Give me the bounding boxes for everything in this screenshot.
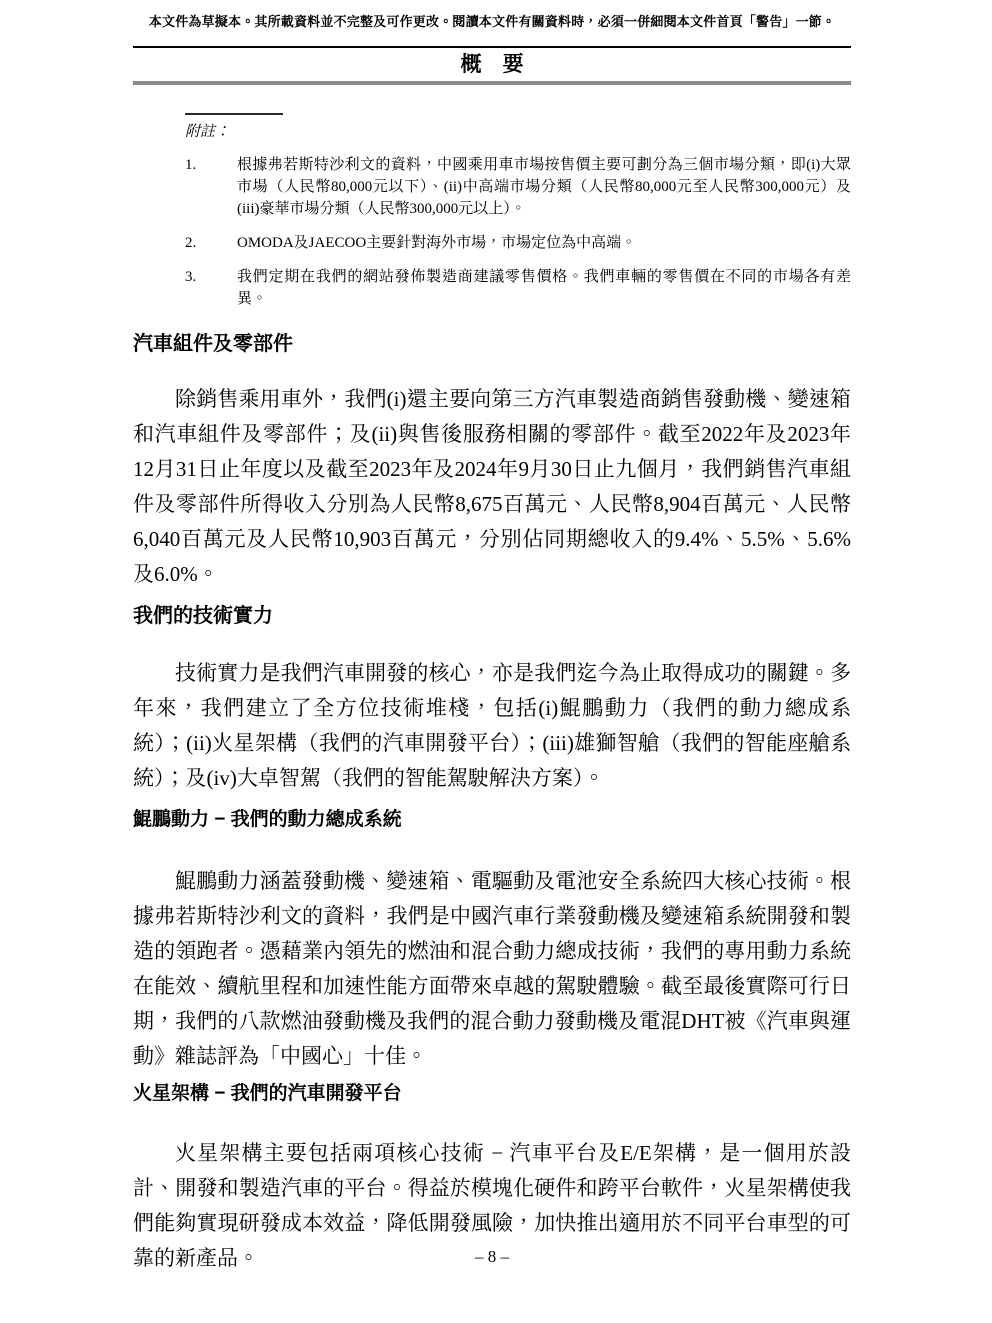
- draft-warning-disclaimer: 本文件為草擬本。其所載資料並不完整及可作更改。閱讀本文件有關資料時，必須一併細閱…: [133, 0, 851, 30]
- content-column: 本文件為草擬本。其所載資料並不完整及可作更改。閱讀本文件有關資料時，必須一併細閱…: [133, 0, 851, 1276]
- footnote-number: 2.: [185, 232, 237, 254]
- page-number: – 8 –: [133, 1247, 851, 1267]
- footnote-text: 我們定期在我們的網站發佈製造商建議零售價格。我們車輛的零售價在不同的市場各有差異…: [237, 266, 851, 310]
- section-heading-tech-strength: 我們的技術實力: [133, 604, 851, 628]
- footnotes-divider-rule: [185, 113, 283, 115]
- footnote-text: 根據弗若斯特沙利文的資料，中國乘用車市場按售價主要可劃分為三個市場分類，即(i)…: [237, 154, 851, 220]
- document-page: 本文件為草擬本。其所載資料並不完整及可作更改。閱讀本文件有關資料時，必須一併細閱…: [0, 0, 992, 1323]
- subsection-heading-mars-architecture: 火星架構 − 我們的汽車開發平台: [133, 1082, 851, 1106]
- footnote-item: 2. OMODA及JAECOO主要針對海外市場，市場定位為中高端。: [185, 232, 851, 254]
- body-paragraph: 鯤鵬動力涵蓋發動機、變速箱、電驅動及電池安全系統四大核心技術。根據弗若斯特沙利文…: [133, 864, 851, 1074]
- footnote-number: 3.: [185, 266, 237, 310]
- footnotes-label: 附註：: [185, 122, 851, 142]
- title-block: 概 要: [133, 46, 851, 85]
- footnote-number: 1.: [185, 154, 237, 220]
- section-heading-auto-components: 汽車組件及零部件: [133, 332, 851, 356]
- body-paragraph: 除銷售乘用車外，我們(i)還主要向第三方汽車製造商銷售發動機、變速箱和汽車組件及…: [133, 382, 851, 592]
- footnote-item: 1. 根據弗若斯特沙利文的資料，中國乘用車市場按售價主要可劃分為三個市場分類，即…: [185, 154, 851, 220]
- page-title: 概 要: [133, 52, 851, 78]
- footnotes-section: 附註： 1. 根據弗若斯特沙利文的資料，中國乘用車市場按售價主要可劃分為三個市場…: [185, 113, 851, 310]
- footnote-text: OMODA及JAECOO主要針對海外市場，市場定位為中高端。: [237, 232, 851, 254]
- subsection-heading-kunpeng-power: 鯤鵬動力 − 我們的動力總成系統: [133, 808, 851, 832]
- body-paragraph: 技術實力是我們汽車開發的核心，亦是我們迄今為止取得成功的關鍵。多年來，我們建立了…: [133, 656, 851, 796]
- footnote-item: 3. 我們定期在我們的網站發佈製造商建議零售價格。我們車輛的零售價在不同的市場各…: [185, 266, 851, 310]
